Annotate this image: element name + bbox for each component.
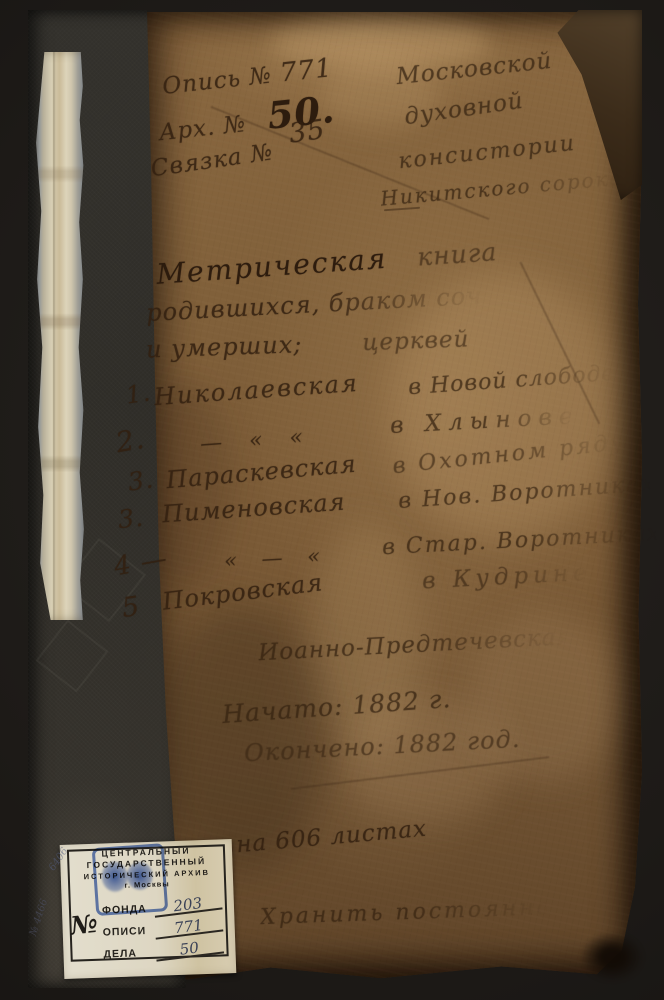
dark-stain-bottom-right	[580, 932, 644, 982]
label-row-delo: ДЕЛА 50	[103, 941, 223, 960]
label-row-opis: ОПИСИ 771	[102, 919, 222, 938]
embossed-watermark	[36, 620, 109, 693]
spine-tape-strip	[35, 52, 87, 620]
label-number-sign: №	[69, 909, 99, 941]
label-delo-caption: ДЕЛА	[103, 947, 155, 961]
label-opis-caption: ОПИСИ	[103, 925, 155, 939]
blue-ink-stamp	[92, 843, 169, 916]
leather-crease	[520, 262, 600, 424]
label-opis-value: 771	[154, 917, 223, 940]
title-word-tserkvey: церквей	[362, 326, 470, 356]
church-1-num: 1.	[124, 378, 153, 409]
title-word-umershikh: и умерших;	[146, 330, 303, 363]
light-stain	[340, 702, 510, 822]
photo-backdrop: Опись № 771 Арх. № 50. Связка № 35 Моско…	[0, 0, 664, 1000]
title-word-kniga: книга	[416, 237, 498, 272]
label-delo-value: 50	[155, 938, 224, 961]
svyazka-number: 35	[287, 114, 327, 150]
archive-label: ЦЕНТРАЛЬНЫЙ ГОСУДАРСТВЕННЫЙ ИСТОРИЧЕСКИЙ…	[60, 839, 237, 979]
church-3-num: 3.	[126, 464, 156, 496]
church-4-num: 3.	[117, 503, 146, 535]
church-2-num: 2.	[113, 422, 147, 459]
stamp-blot	[101, 861, 129, 893]
opis-number: 771	[279, 53, 334, 88]
stamp-blot	[126, 861, 154, 891]
